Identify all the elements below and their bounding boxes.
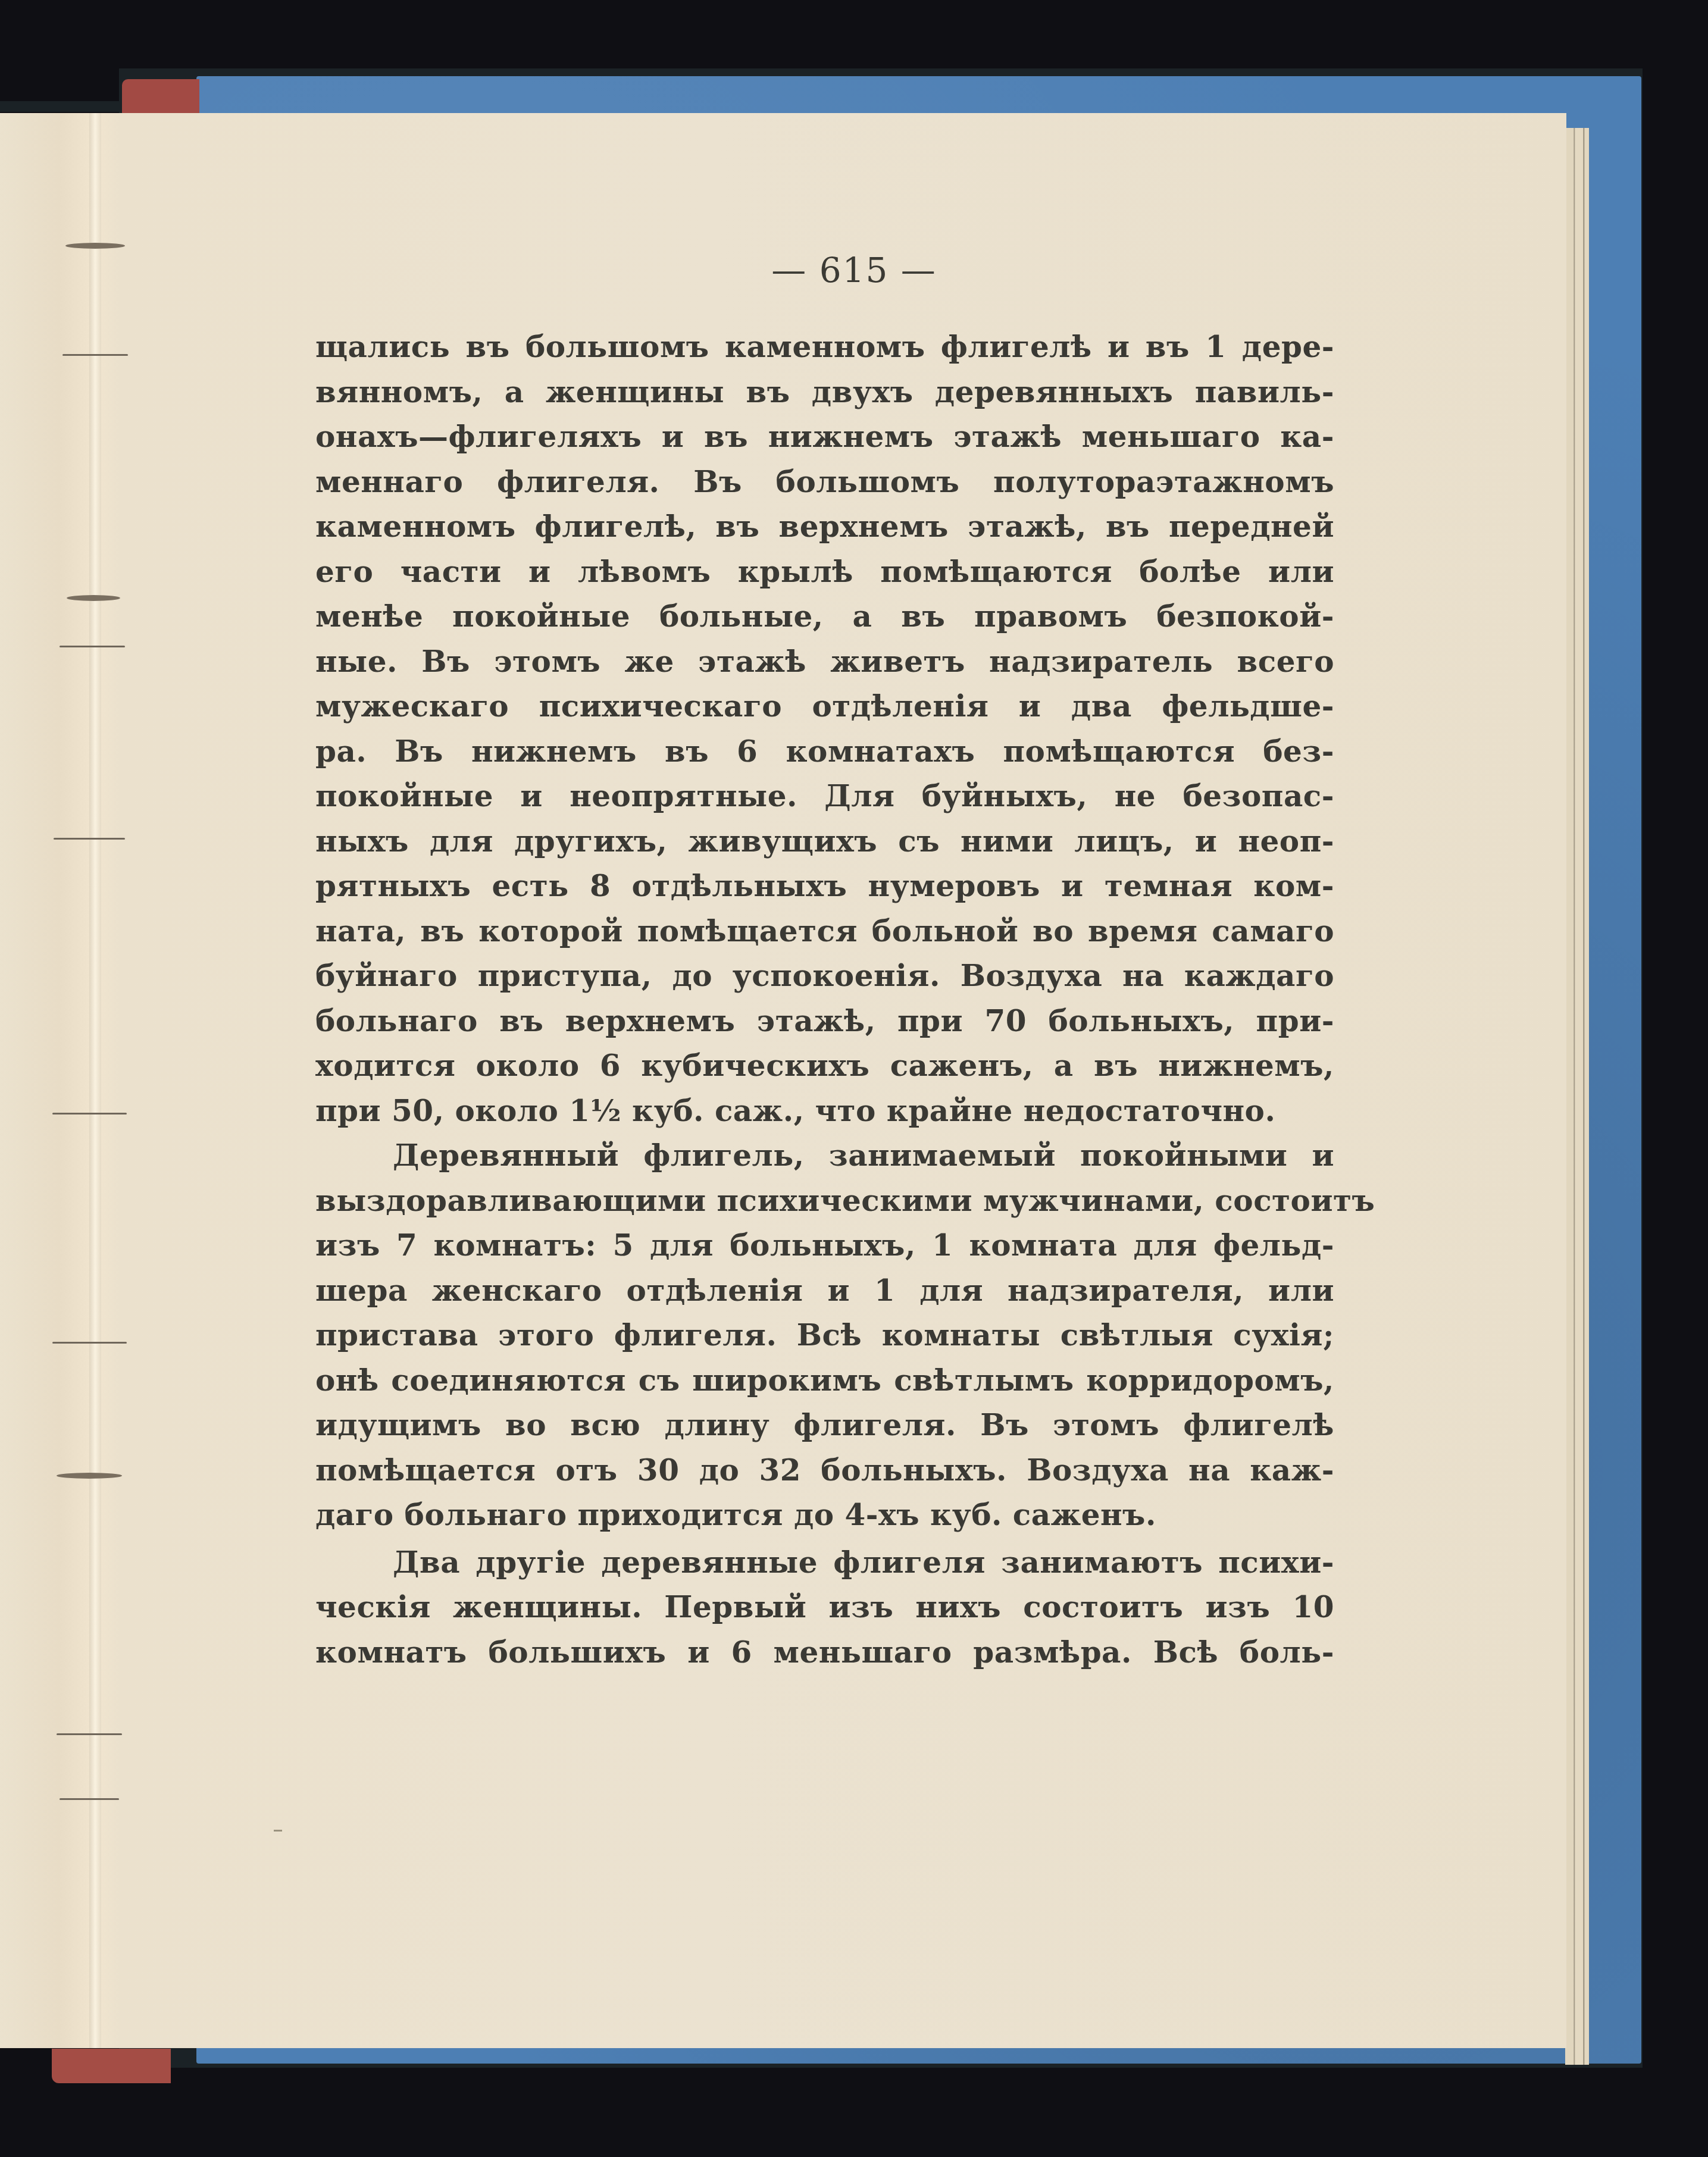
text-line: меннаго флигеля. Въ большомъ полутораэта… bbox=[315, 459, 1334, 505]
page-number: — 615 — bbox=[0, 250, 1708, 290]
text-line: онѣ соединяются съ широкимъ свѣтлымъ кор… bbox=[315, 1358, 1334, 1403]
text-line: Два другіе деревянные флигеля занимаютъ … bbox=[315, 1540, 1334, 1585]
binding-stitch bbox=[62, 354, 128, 356]
text-line: щались въ большомъ каменномъ флигелѣ и в… bbox=[315, 324, 1334, 370]
text-line: рятныхъ есть 8 отдѣльныхъ нумеровъ и тем… bbox=[315, 863, 1334, 909]
red-spine-bottom bbox=[52, 2049, 171, 2083]
text-line: больнаго въ верхнемъ этажѣ, при 70 больн… bbox=[315, 998, 1334, 1044]
text-line: Деревянный флигель, занимаемый покойными… bbox=[315, 1133, 1334, 1178]
paragraph: Деревянный флигель, занимаемый покойными… bbox=[315, 1133, 1334, 1538]
text-line: изъ 7 комнатъ: 5 для больныхъ, 1 комната… bbox=[315, 1223, 1334, 1268]
binding-stitch bbox=[52, 1342, 127, 1344]
spine-top-edge bbox=[0, 101, 122, 112]
text-line: идущимъ во всю длину флигеля. Въ этомъ ф… bbox=[315, 1402, 1334, 1448]
text-line: ходится около 6 кубическихъ саженъ, а въ… bbox=[315, 1043, 1334, 1088]
margin-mark bbox=[274, 1830, 282, 1832]
text-line: комнатъ большихъ и 6 меньшаго размѣра. В… bbox=[315, 1630, 1334, 1675]
red-spine-top bbox=[122, 79, 199, 115]
binding-stitch bbox=[52, 1113, 127, 1114]
body-text: щались въ большомъ каменномъ флигелѣ и в… bbox=[315, 324, 1334, 1674]
text-line: вянномъ, а женщины въ двухъ деревянныхъ … bbox=[315, 370, 1334, 415]
text-line: ра. Въ нижнемъ въ 6 комнатахъ помѣщаются… bbox=[315, 729, 1334, 774]
binding-stitch-knot bbox=[57, 1473, 122, 1479]
text-line: мужескаго психическаго отдѣленія и два ф… bbox=[315, 684, 1334, 729]
text-line: менѣе покойные больные, а въ правомъ без… bbox=[315, 594, 1334, 639]
text-line: каменномъ флигелѣ, въ верхнемъ этажѣ, въ… bbox=[315, 504, 1334, 549]
text-line: ныхъ для другихъ, живущихъ съ ними лицъ,… bbox=[315, 819, 1334, 864]
text-line: шера женскаго отдѣленія и 1 для надзират… bbox=[315, 1268, 1334, 1313]
text-line: покойные и неопрятные. Для буйныхъ, не б… bbox=[315, 774, 1334, 819]
text-line: онахъ—флигеляхъ и въ нижнемъ этажѣ меньш… bbox=[315, 414, 1334, 459]
binding-stitch bbox=[60, 1798, 119, 1800]
text-line: пристава этого флигеля. Всѣ комнаты свѣт… bbox=[315, 1313, 1334, 1358]
binding-stitch bbox=[57, 1733, 122, 1735]
paragraph: Два другіе деревянные флигеля занимаютъ … bbox=[315, 1540, 1334, 1675]
paragraph: щались въ большомъ каменномъ флигелѣ и в… bbox=[315, 324, 1334, 1133]
text-line: его части и лѣвомъ крылѣ помѣщаются болѣ… bbox=[315, 549, 1334, 594]
page-stack-edge bbox=[1565, 128, 1589, 2065]
text-line: ческія женщины. Первый изъ нихъ состоитъ… bbox=[315, 1585, 1334, 1630]
binding-stitch-knot bbox=[67, 595, 120, 601]
text-line: ната, въ которой помѣщается больной во в… bbox=[315, 909, 1334, 954]
page-gutter-fold bbox=[89, 113, 101, 2048]
binding-stitch-knot bbox=[65, 243, 125, 249]
binding-stitch bbox=[54, 838, 125, 840]
text-line: помѣщается отъ 30 до 32 больныхъ. Воздух… bbox=[315, 1448, 1334, 1493]
text-line: ные. Въ этомъ же этажѣ живетъ надзирател… bbox=[315, 639, 1334, 684]
text-line: буйнаго приступа, до успокоенія. Воздуха… bbox=[315, 953, 1334, 998]
binding-stitch bbox=[60, 646, 125, 647]
text-line: выздоравливающими психическими мужчинами… bbox=[315, 1178, 1334, 1223]
text-line: даго больнаго приходится до 4-хъ куб. са… bbox=[315, 1492, 1334, 1538]
text-line: при 50, около 1½ куб. саж., что крайне н… bbox=[315, 1088, 1334, 1134]
